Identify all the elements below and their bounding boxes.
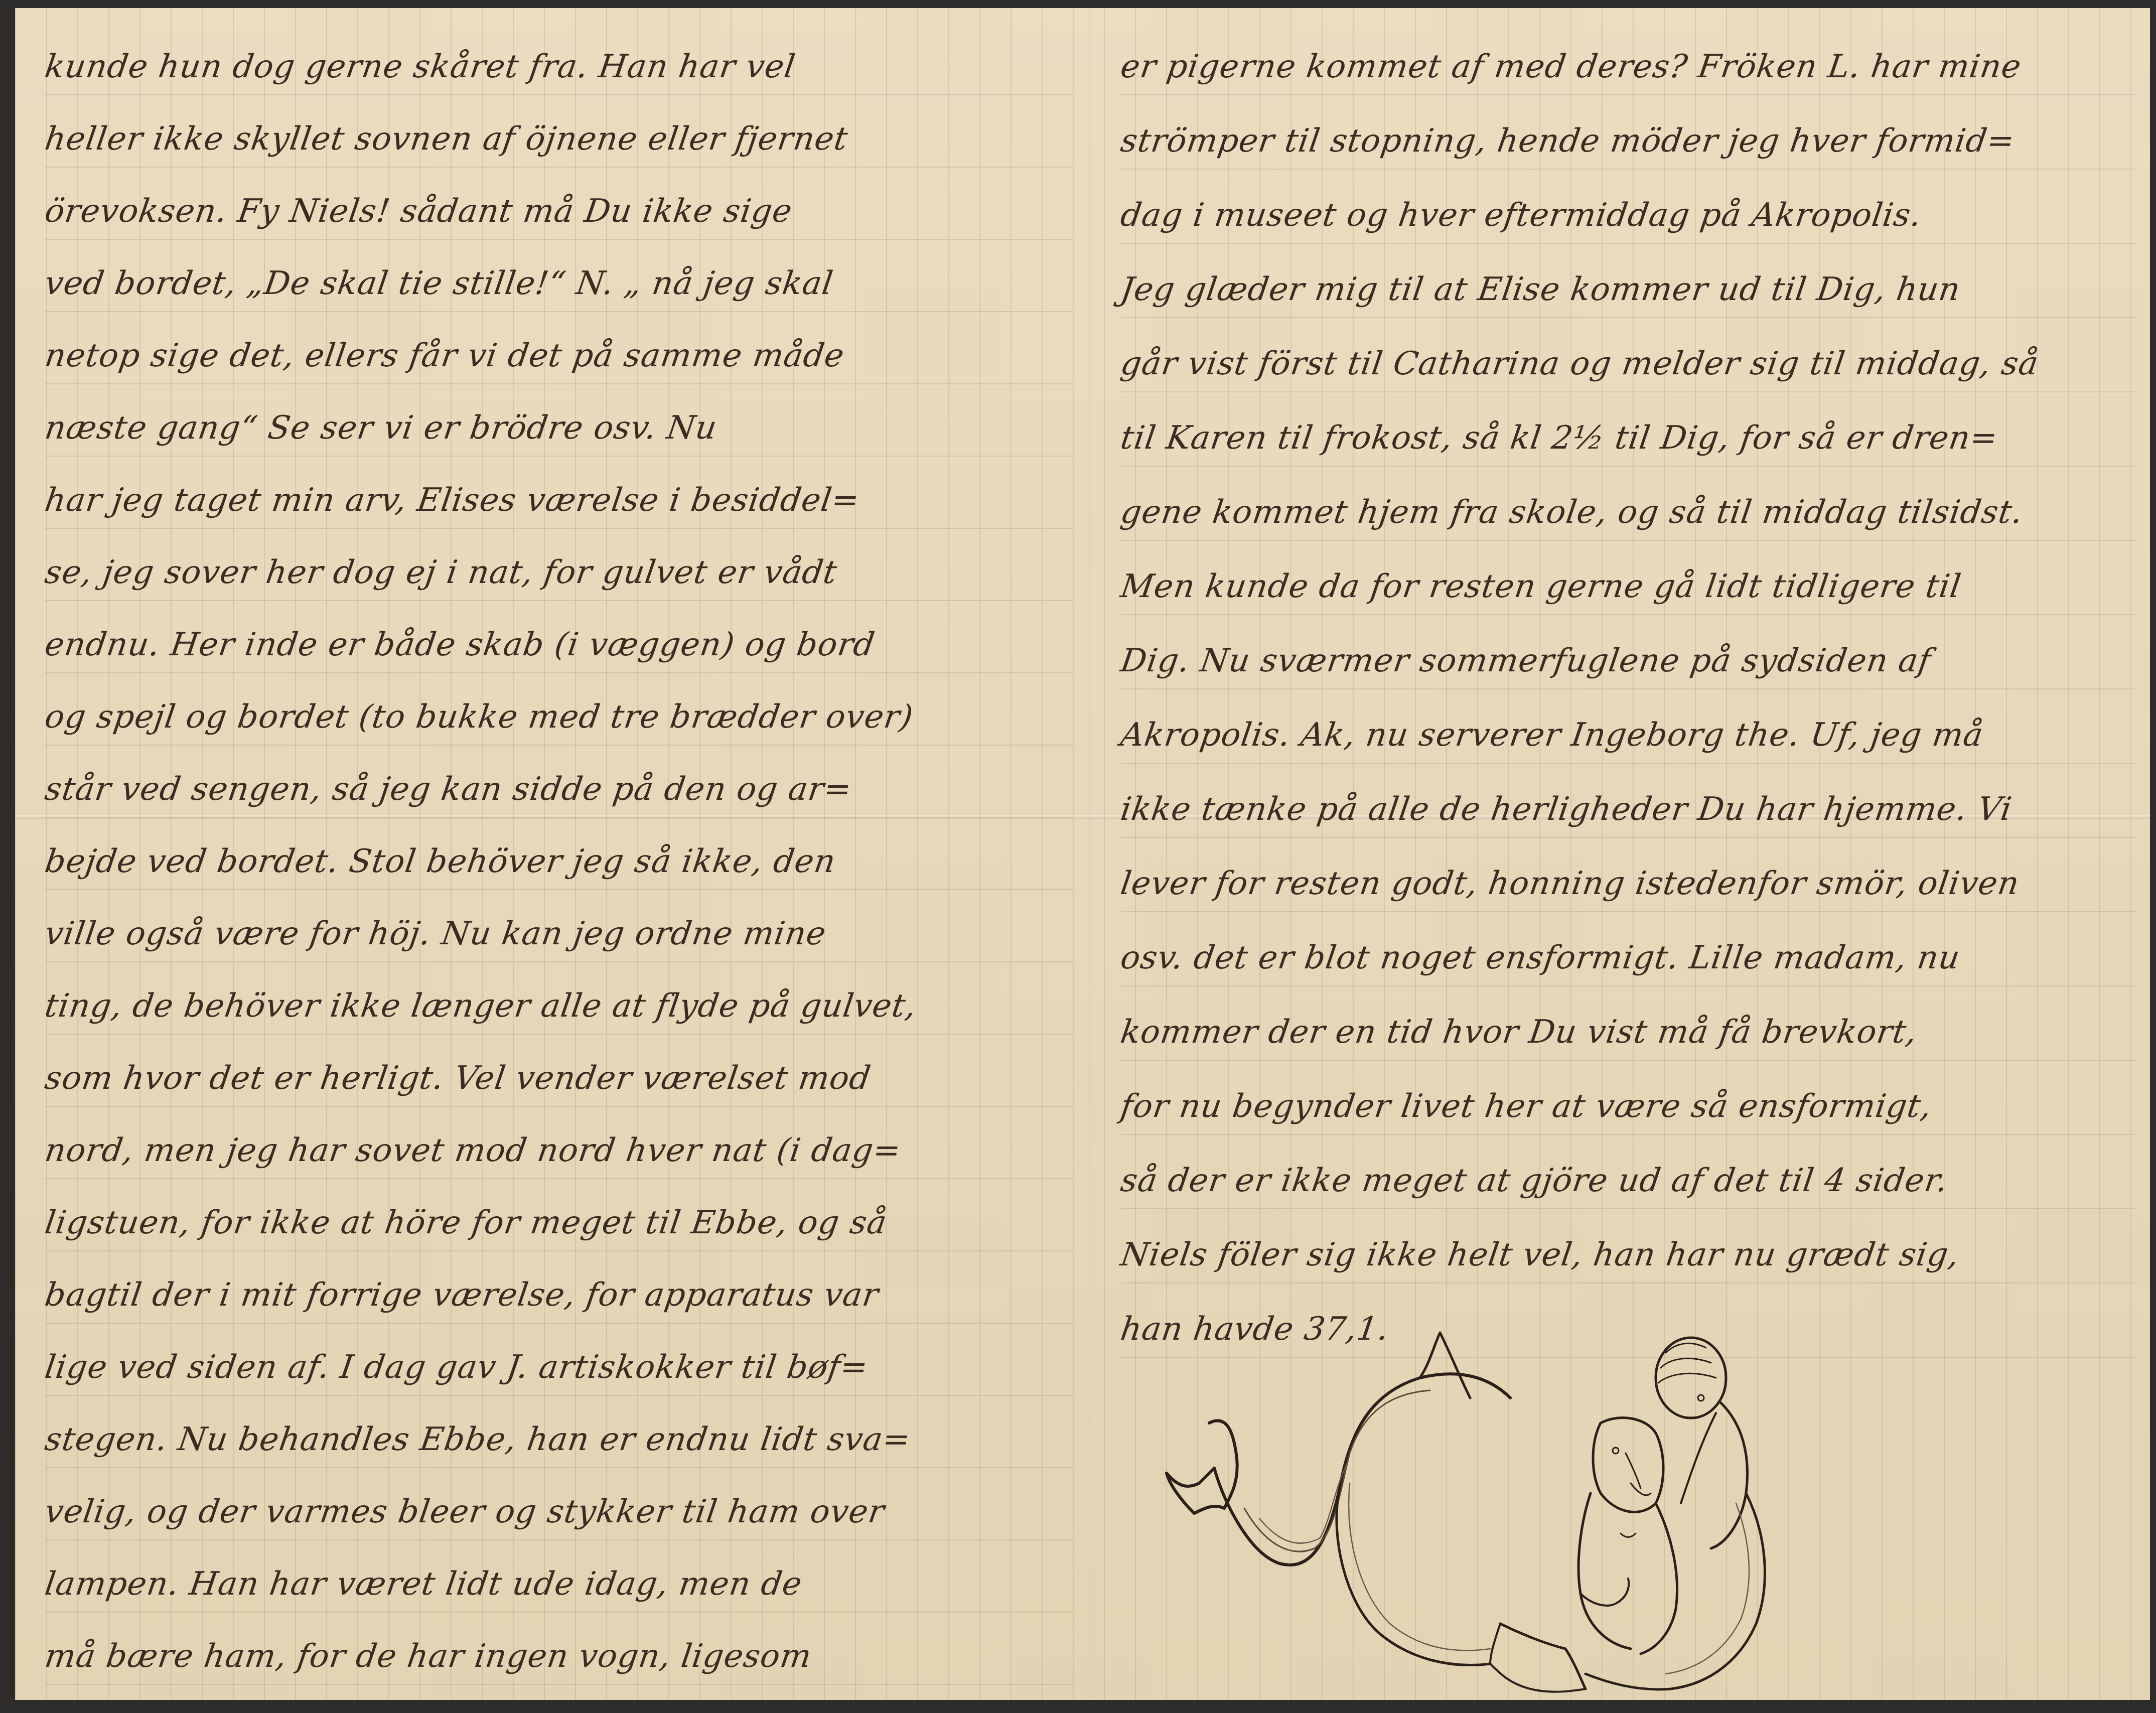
handwritten-line: har jeg taget min arv, Elises værelse i …: [45, 446, 1073, 529]
handwritten-line: strömper til stopning, hende möder jeg h…: [1121, 86, 2135, 170]
handwritten-line: bejde ved bordet. Stol behöver jeg så ik…: [45, 807, 1073, 890]
line-text: gene kommet hjem fra skole, og så til mi…: [1118, 494, 2026, 531]
handwritten-line: er pigerne kommet af med deres? Fröken L…: [1121, 12, 2135, 95]
handwritten-line: må bære ham, for de har ingen vogn, lige…: [45, 1602, 1073, 1685]
line-text: står ved sengen, så jeg kan sidde på den…: [43, 771, 854, 808]
handwritten-line: ligstuen, for ikke at höre for meget til…: [45, 1168, 1073, 1251]
handwritten-line: osv. det er blot noget ensformigt. Lille…: [1121, 903, 2135, 986]
handwritten-line: og spejl og bordet (to bukke med tre bræ…: [45, 662, 1073, 746]
line-text: bejde ved bordet. Stol behöver jeg så ik…: [43, 843, 838, 880]
merman-sketch-icon: [1149, 1323, 1851, 1704]
line-text: ville også være for höj. Nu kan jeg ordn…: [43, 915, 828, 952]
handwritten-line: kommer der en tid hvor Du vist må få bre…: [1121, 977, 2135, 1061]
handwritten-line: så der er ikke meget at gjöre ud af det …: [1121, 1126, 2135, 1209]
line-text: Akropolis. Ak, nu serverer Ingeborg the.…: [1118, 717, 1986, 754]
left-page: kunde hun dog gerne skåret fra. Han har …: [15, 8, 1088, 1700]
handwritten-line: Niels föler sig ikke helt vel, han har n…: [1121, 1200, 2135, 1283]
line-text: Jeg glæder mig til at Elise kommer ud ti…: [1118, 271, 1963, 308]
line-text: stegen. Nu behandles Ebbe, han er endnu …: [43, 1421, 913, 1458]
line-text: Men kunde da for resten gerne gå lidt ti…: [1118, 568, 1964, 605]
line-text: som hvor det er herligt. Vel vender være…: [43, 1060, 874, 1097]
handwritten-line: lige ved siden af. I dag gav J. artiskok…: [45, 1313, 1073, 1396]
handwritten-line: netop sige det, ellers får vi det på sam…: [45, 301, 1073, 384]
line-text: og spejl og bordet (to bukke med tre bræ…: [43, 698, 916, 736]
handwritten-line: ikke tænke på alle de herligheder Du har…: [1121, 755, 2135, 838]
handwritten-line: næste gang“ Se ser vi er brödre osv. Nu: [45, 373, 1073, 457]
handwritten-line: Akropolis. Ak, nu serverer Ingeborg the.…: [1121, 680, 2135, 764]
line-text: örevoksen. Fy Niels! sådant må Du ikke s…: [43, 193, 795, 230]
handwritten-line: som hvor det er herligt. Vel vender være…: [45, 1024, 1073, 1107]
handwritten-line: går vist först til Catharina og melder s…: [1121, 309, 2135, 392]
line-text: ting, de behöver ikke længer alle at fly…: [43, 987, 919, 1025]
line-text: endnu. Her inde er både skab (i væggen) …: [43, 626, 878, 663]
line-text: dag i museet og hver eftermiddag på Akro…: [1118, 197, 1924, 234]
line-text: er pigerne kommet af med deres? Fröken L…: [1118, 48, 2024, 85]
line-text: må bære ham, for de har ingen vogn, lige…: [43, 1638, 814, 1675]
handwritten-line: ting, de behöver ikke længer alle at fly…: [45, 951, 1073, 1035]
letter-paper: kunde hun dog gerne skåret fra. Han har …: [15, 8, 2150, 1700]
handwritten-line: bagtil der i mit forrige værelse, for ap…: [45, 1240, 1073, 1324]
handwritten-line: nord, men jeg har sovet mod nord hver na…: [45, 1096, 1073, 1179]
line-text: næste gang“ Se ser vi er brödre osv. Nu: [43, 409, 720, 447]
line-text: osv. det er blot noget ensformigt. Lille…: [1118, 939, 1963, 976]
handwritten-line: ved bordet, „De skal tie stille!“ N. „ n…: [45, 229, 1073, 312]
handwritten-line: lampen. Han har været lidt ude idag, men…: [45, 1529, 1073, 1613]
handwritten-line: velig, og der varmes bleer og stykker ti…: [45, 1457, 1073, 1540]
line-text: ikke tænke på alle de herligheder Du har…: [1118, 791, 2015, 828]
handwritten-line: örevoksen. Fy Niels! sådant må Du ikke s…: [45, 157, 1073, 240]
line-text: til Karen til frokost, så kl 2½ til Dig,…: [1118, 419, 2000, 457]
line-text: kunde hun dog gerne skåret fra. Han har …: [43, 48, 798, 85]
handwritten-line: står ved sengen, så jeg kan sidde på den…: [45, 735, 1073, 818]
line-text: lige ved siden af. I dag gav J. artiskok…: [43, 1349, 871, 1386]
line-text: lever for resten godt, honning istedenfo…: [1118, 865, 2022, 902]
line-text: har jeg taget min arv, Elises værelse i …: [43, 482, 862, 519]
handwritten-line: ville også være for höj. Nu kan jeg ordn…: [45, 879, 1073, 962]
handwritten-line: lever for resten godt, honning istedenfo…: [1121, 829, 2135, 912]
handwritten-line: heller ikke skyllet sovnen af öjnene ell…: [45, 84, 1073, 168]
handwritten-line: kunde hun dog gerne skåret fra. Han har …: [45, 12, 1073, 95]
line-text: kommer der en tid hvor Du vist må få bre…: [1118, 1014, 1920, 1051]
line-text: lampen. Han har været lidt ude idag, men…: [43, 1565, 805, 1603]
line-text: så der er ikke meget at gjöre ud af det …: [1118, 1162, 1950, 1199]
handwritten-line: se, jeg sover her dog ej i nat, for gulv…: [45, 518, 1073, 601]
handwritten-line: Jeg glæder mig til at Elise kommer ud ti…: [1121, 235, 2135, 318]
handwritten-line: gene kommet hjem fra skole, og så til mi…: [1121, 458, 2135, 541]
handwritten-line: stegen. Nu behandles Ebbe, han er endnu …: [45, 1385, 1073, 1468]
line-text: går vist först til Catharina og melder s…: [1118, 345, 2041, 382]
handwritten-line: dag i museet og hver eftermiddag på Akro…: [1121, 161, 2135, 244]
line-text: ligstuen, for ikke at höre for meget til…: [43, 1204, 890, 1241]
line-text: netop sige det, ellers får vi det på sam…: [43, 337, 847, 374]
line-text: Dig. Nu sværmer sommerfuglene på sydside…: [1118, 642, 1934, 679]
line-text: for nu begynder livet her at være så ens…: [1118, 1088, 1934, 1125]
handwritten-line: til Karen til frokost, så kl 2½ til Dig,…: [1121, 383, 2135, 467]
line-text: strömper til stopning, hende möder jeg h…: [1118, 122, 2017, 160]
handwritten-line: for nu begynder livet her at være så ens…: [1121, 1052, 2135, 1135]
handwritten-line: Dig. Nu sværmer sommerfuglene på sydside…: [1121, 606, 2135, 689]
line-text: nord, men jeg har sovet mod nord hver na…: [43, 1132, 904, 1169]
line-text: ved bordet, „De skal tie stille!“ N. „ n…: [43, 265, 835, 302]
line-text: velig, og der varmes bleer og stykker ti…: [43, 1493, 887, 1530]
handwritten-line: endnu. Her inde er både skab (i væggen) …: [45, 590, 1073, 673]
handwritten-line: Men kunde da for resten gerne gå lidt ti…: [1121, 532, 2135, 615]
line-text: Niels föler sig ikke helt vel, han har n…: [1118, 1236, 1962, 1273]
line-text: se, jeg sover her dog ej i nat, for gulv…: [43, 554, 839, 591]
line-text: bagtil der i mit forrige værelse, for ap…: [43, 1276, 881, 1314]
line-text: heller ikke skyllet sovnen af öjnene ell…: [43, 120, 850, 158]
